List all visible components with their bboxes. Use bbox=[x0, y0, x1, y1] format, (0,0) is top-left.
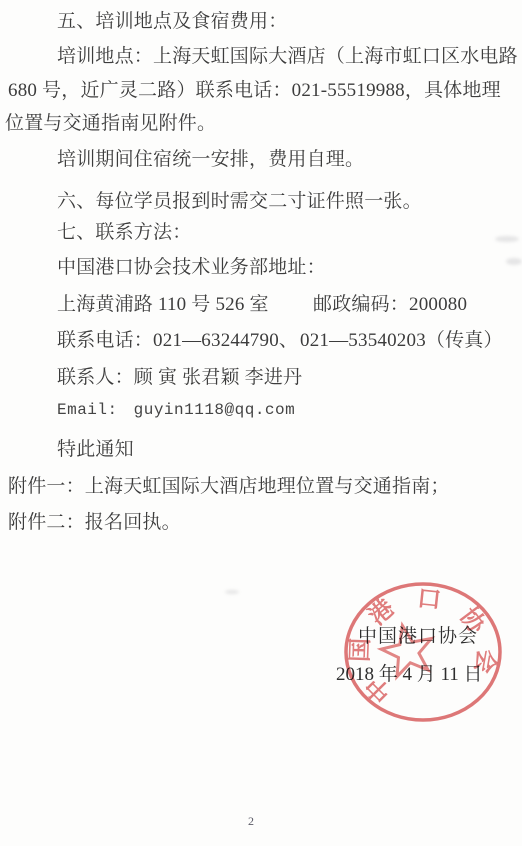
section-5-heading: 五、培训地点及食宿费用： bbox=[57, 10, 287, 34]
training-location-line-2: 680 号，近广灵二路）联系电话：021-55519988，具体地理 bbox=[8, 79, 501, 103]
seal-char-3: 港 bbox=[364, 595, 400, 631]
department-address-label: 中国港口协会技术业务部地址： bbox=[57, 256, 326, 280]
training-location-line-3: 位置与交通指南见附件。 bbox=[5, 112, 216, 136]
official-seal-stamp: 中 国 港 口 协 会 bbox=[340, 578, 506, 726]
phone-main: 联系电话：021—63244790、 bbox=[57, 329, 298, 353]
seal-char-5: 协 bbox=[454, 603, 491, 639]
page-number: 2 bbox=[248, 814, 255, 829]
email-line: Email:guyin1118@qq.com bbox=[57, 400, 295, 420]
scan-smudge bbox=[495, 236, 519, 242]
scan-smudge bbox=[225, 590, 239, 594]
email-address: guyin1118@qq.com bbox=[134, 401, 296, 419]
scan-smudge bbox=[506, 258, 522, 265]
email-label: Email: bbox=[57, 401, 118, 419]
seal-char-1: 中 bbox=[361, 671, 397, 707]
seal-char-4: 口 bbox=[416, 586, 443, 614]
contacts-line: 联系人：顾 寅 张君颖 李进丹 bbox=[57, 366, 302, 390]
seal-char-2: 国 bbox=[347, 638, 375, 663]
street-address: 上海黄浦路 110 号 526 室 bbox=[57, 293, 269, 317]
training-location-line-1: 培训地点：上海天虹国际大酒店（上海市虹口区水电路 bbox=[57, 45, 518, 69]
lodging-line: 培训期间住宿统一安排，费用自理。 bbox=[57, 148, 364, 172]
star-icon bbox=[377, 620, 437, 678]
section-7-heading: 七、联系方法： bbox=[57, 221, 191, 245]
section-6-line: 六、每位学员报到时需交二寸证件照一张。 bbox=[57, 190, 422, 214]
attachment-1-line: 附件一：上海天虹国际大酒店地理位置与交通指南； bbox=[8, 475, 450, 499]
scanned-notice-page: 五、培训地点及食宿费用： 培训地点：上海天虹国际大酒店（上海市虹口区水电路 68… bbox=[0, 0, 522, 846]
seal-char-6: 会 bbox=[469, 647, 501, 675]
closing-line: 特此通知 bbox=[57, 438, 134, 462]
phone-fax: 021—53540203（传真） bbox=[300, 329, 503, 353]
postal-code: 邮政编码：200080 bbox=[313, 293, 467, 317]
attachment-2-line: 附件二：报名回执。 bbox=[8, 511, 181, 535]
